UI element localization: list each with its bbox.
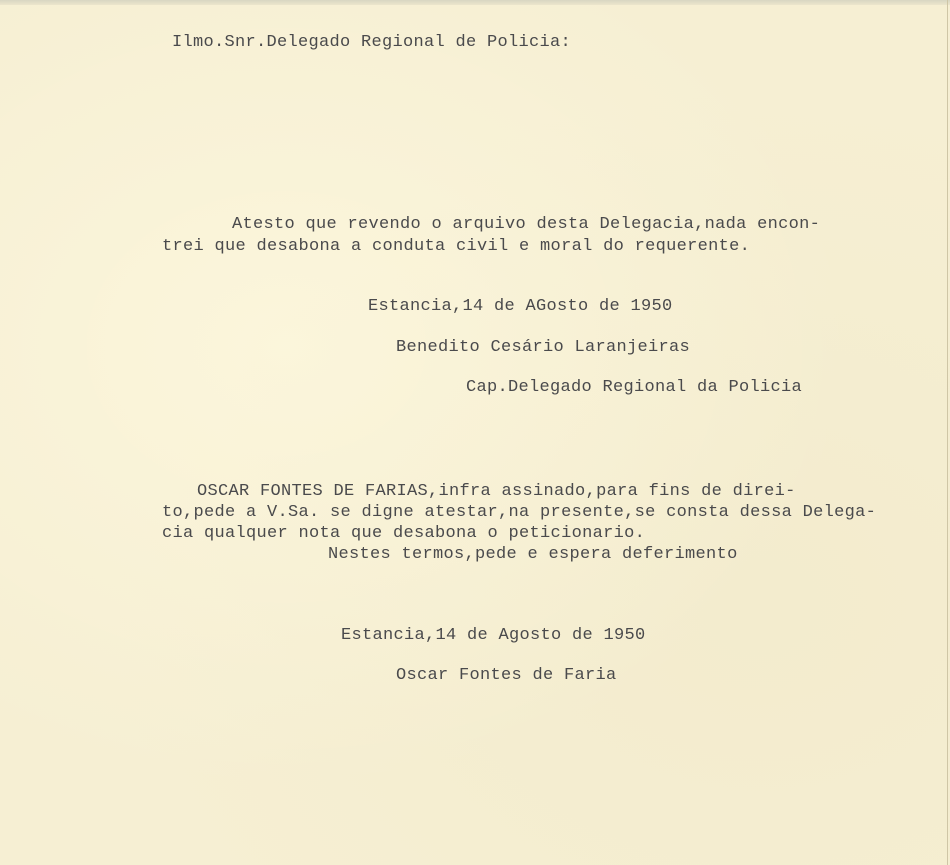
- signatory-name: Benedito Cesário Laranjeiras: [396, 338, 690, 358]
- petition-date: Estancia,14 de Agosto de 1950: [341, 626, 646, 646]
- petition-line-3: cia qualquer nota que desabona o peticio…: [162, 524, 645, 544]
- petition-line-4: Nestes termos,pede e espera deferimento: [328, 545, 738, 565]
- paper-top-edge: [0, 0, 950, 5]
- attestation-date: Estancia,14 de AGosto de 1950: [368, 297, 673, 317]
- signatory-title: Cap.Delegado Regional da Policia: [466, 378, 802, 398]
- document-page: Ilmo.Snr.Delegado Regional de Policia: A…: [0, 0, 950, 865]
- salutation: Ilmo.Snr.Delegado Regional de Policia:: [172, 33, 571, 53]
- attestation-line-1: Atesto que revendo o arquivo desta Deleg…: [232, 215, 820, 235]
- petitioner-name: Oscar Fontes de Faria: [396, 666, 617, 686]
- petition-line-1: OSCAR FONTES DE FARIAS,infra assinado,pa…: [197, 482, 796, 502]
- paper-right-edge: [947, 0, 948, 865]
- attestation-line-2: trei que desabona a conduta civil e mora…: [162, 237, 750, 257]
- petition-line-2: to,pede a V.Sa. se digne atestar,na pres…: [162, 503, 876, 523]
